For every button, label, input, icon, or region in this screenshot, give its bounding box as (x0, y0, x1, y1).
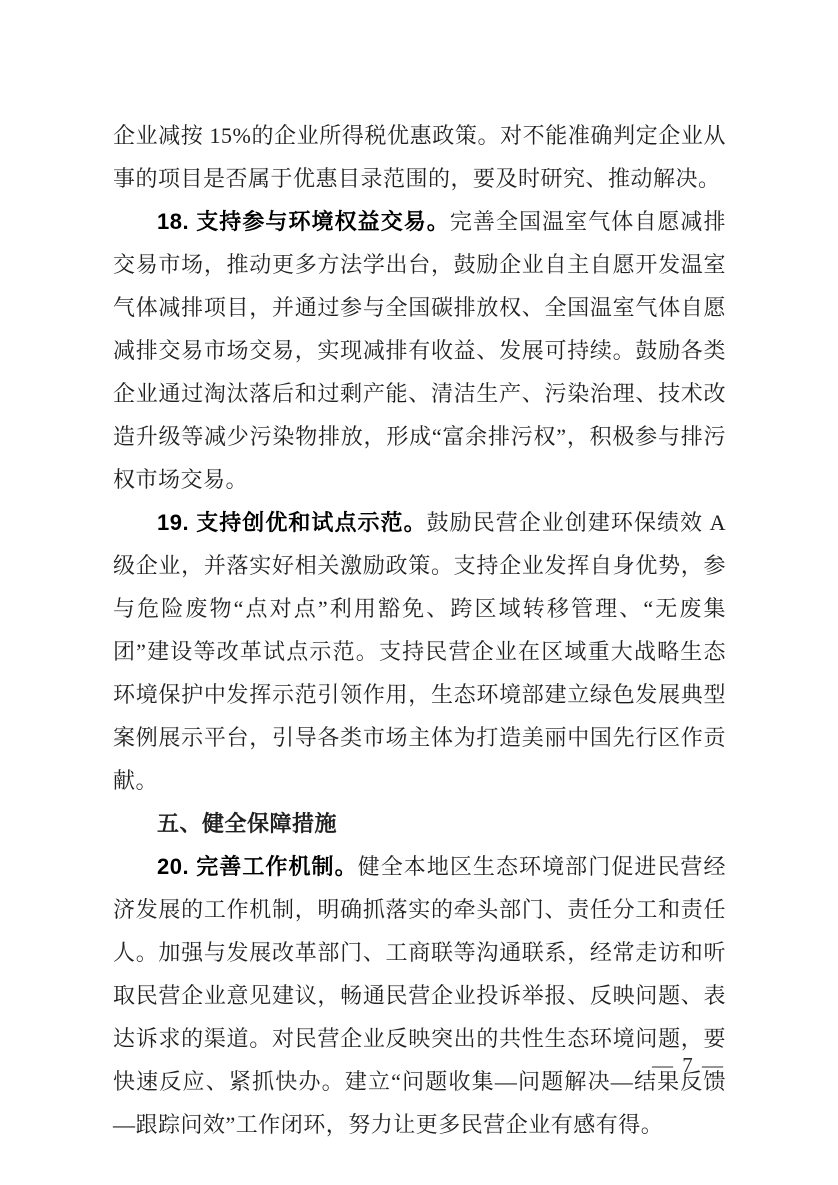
section-heading: 五、健全保障措施 (113, 802, 726, 845)
paragraph-18-lead: 18. 支持参与环境权益交易。 (157, 209, 450, 234)
paragraph-text: 企业减按 15%的企业所得税优惠政策。对不能准确判定企业从事的项目是否属于优惠目… (113, 123, 726, 191)
paragraph-18-text: 完善全国温室气体自愿减排交易市场，推动更多方法学出台，鼓励企业自主自愿开发温室气… (113, 209, 726, 492)
paragraph-continued: 企业减按 15%的企业所得税优惠政策。对不能准确判定企业从事的项目是否属于优惠目… (113, 114, 726, 200)
document-page: 企业减按 15%的企业所得税优惠政策。对不能准确判定企业从事的项目是否属于优惠目… (0, 0, 838, 1185)
page-number: — 7 — (652, 1050, 725, 1080)
paragraph-20-text: 健全本地区生态环境部门促进民营经济发展的工作机制，明确抓落实的牵头部门、责任分工… (113, 854, 726, 1137)
paragraph-18: 18. 支持参与环境权益交易。完善全国温室气体自愿减排交易市场，推动更多方法学出… (113, 200, 726, 501)
paragraph-19-lead: 19. 支持创优和试点示范。 (157, 510, 427, 535)
paragraph-19-text: 鼓励民营企业创建环保绩效 A 级企业，并落实好相关激励政策。支持企业发挥自身优势… (113, 510, 726, 793)
paragraph-19: 19. 支持创优和试点示范。鼓励民营企业创建环保绩效 A 级企业，并落实好相关激… (113, 501, 726, 802)
paragraph-20-lead: 20. 完善工作机制。 (157, 854, 358, 879)
paragraph-20: 20. 完善工作机制。健全本地区生态环境部门促进民营经济发展的工作机制，明确抓落… (113, 845, 726, 1146)
document-content: 企业减按 15%的企业所得税优惠政策。对不能准确判定企业从事的项目是否属于优惠目… (113, 114, 726, 1146)
